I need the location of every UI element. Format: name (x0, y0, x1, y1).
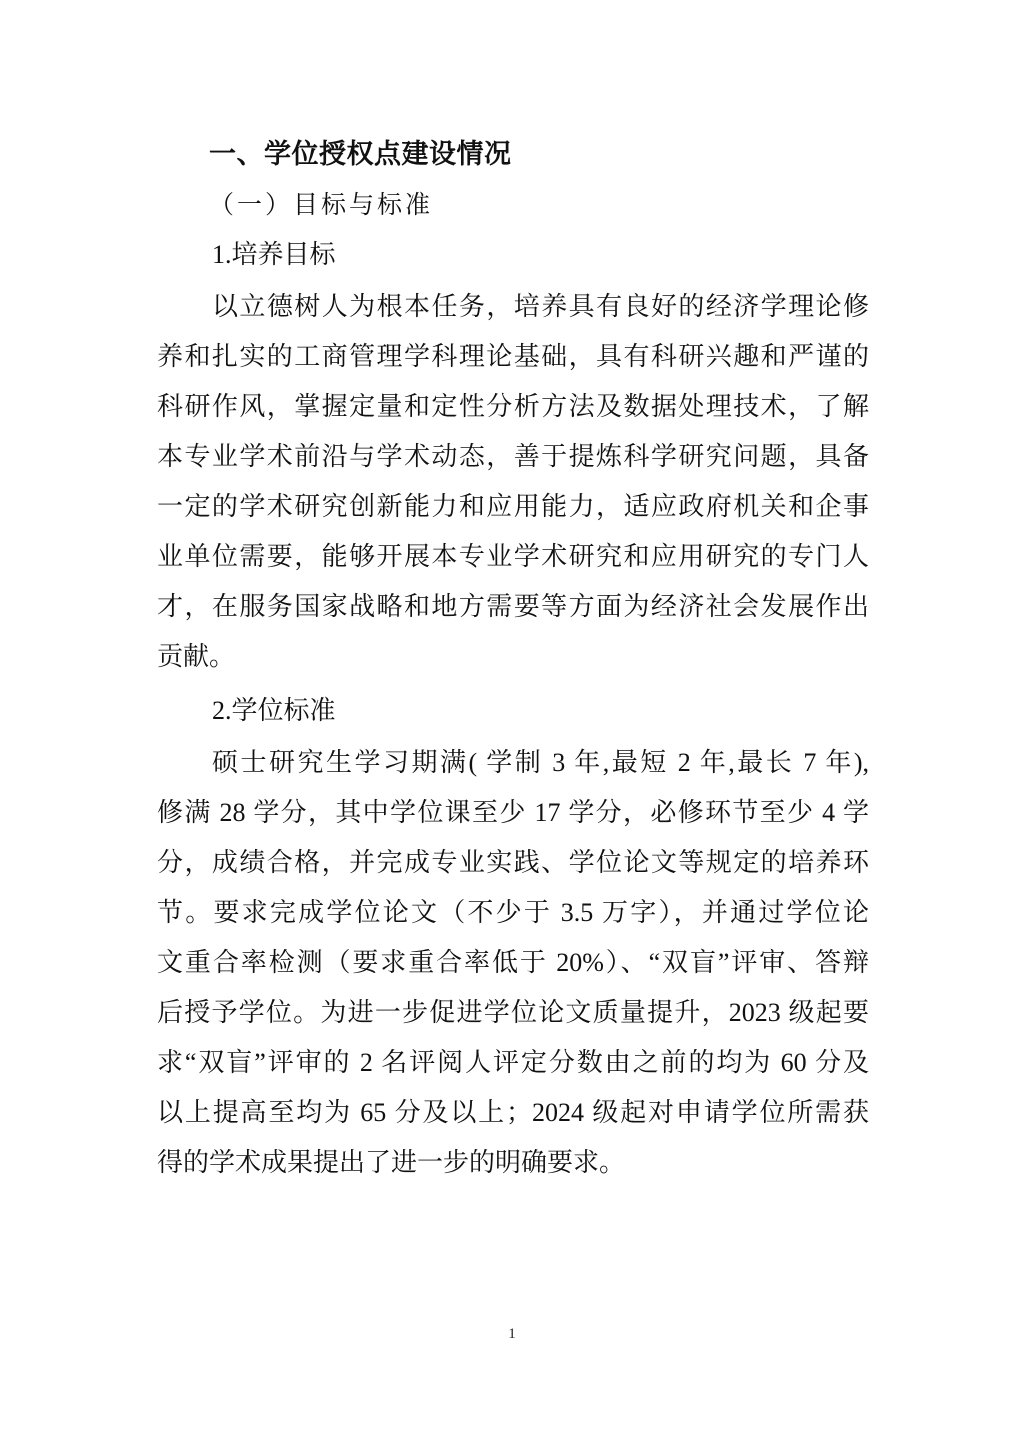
text-line: 以上提高至均为 65 分及以上；2024 级起对申请学位所需获 (157, 1088, 869, 1138)
text-line: 分，成绩合格，并完成专业实践、学位论文等规定的培养环 (157, 838, 869, 888)
text-line: 硕士研究生学习期满( 学制 3 年,最短 2 年,最长 7 年), (157, 738, 869, 788)
section-title-training-goal: 1.培养目标 (212, 230, 869, 282)
text-line: 得的学术成果提出了进一步的明确要求。 (157, 1138, 869, 1188)
text-line: 修满 28 学分，其中学位课至少 17 学分，必修环节至少 4 学 (157, 788, 869, 838)
text-line: 文重合率检测（要求重合率低于 20%）、“双盲”评审、答辩 (157, 938, 869, 988)
text-line: 养和扎实的工商管理学科理论基础，具有科研兴趣和严谨的 (157, 332, 869, 382)
text-line: 一定的学术研究创新能力和应用能力，适应政府机关和企事 (157, 482, 869, 532)
heading-level-1: 一、学位授权点建设情况 (209, 130, 869, 180)
text-line: 节。要求完成学位论文（不少于 3.5 万字），并通过学位论 (157, 888, 869, 938)
text-line: 科研作风，掌握定量和定性分析方法及数据处理技术，了解 (157, 382, 869, 432)
paragraph-training-goal: 以立德树人为根本任务，培养具有良好的经济学理论修 养和扎实的工商管理学科理论基础… (157, 282, 869, 682)
heading-level-2: （一）目标与标准 (209, 180, 869, 230)
paragraph-degree-standard: 硕士研究生学习期满( 学制 3 年,最短 2 年,最长 7 年), 修满 28 … (157, 738, 869, 1188)
text-line: 贡献。 (157, 632, 869, 682)
text-line: 本专业学术前沿与学术动态，善于提炼科学研究问题，具备 (157, 432, 869, 482)
text-line: 以立德树人为根本任务，培养具有良好的经济学理论修 (157, 282, 869, 332)
text-line: 业单位需要，能够开展本专业学术研究和应用研究的专门人 (157, 532, 869, 582)
text-line: 后授予学位。为进一步促进学位论文质量提升，2023 级起要 (157, 988, 869, 1038)
page-number: 1 (0, 1326, 1024, 1343)
section-title-degree-standard: 2.学位标准 (212, 686, 869, 738)
text-line: 求“双盲”评审的 2 名评阅人评定分数由之前的均为 60 分及 (157, 1038, 869, 1088)
document-page: 一、学位授权点建设情况 （一）目标与标准 1.培养目标 以立德树人为根本任务，培… (157, 130, 869, 1188)
text-line: 才，在服务国家战略和地方需要等方面为经济社会发展作出 (157, 582, 869, 632)
